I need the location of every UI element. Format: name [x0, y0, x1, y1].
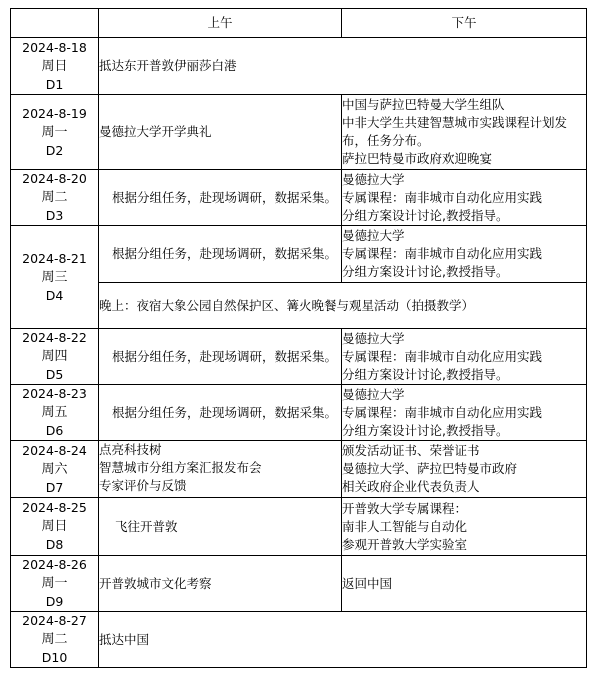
weekday: 周五 — [11, 403, 98, 422]
activity-line: 专属课程：南非城市自动化应用实践 — [342, 189, 586, 207]
activity-line: 专家评价与反馈 — [99, 477, 341, 495]
weekday: 周一 — [11, 574, 98, 593]
header-date — [11, 9, 99, 38]
morning-activity: 根据分组任务，赴现场调研，数据采集。 — [99, 170, 342, 226]
day-number: D1 — [11, 76, 98, 94]
activity-line: 萨拉巴特曼市政府欢迎晚宴 — [342, 150, 586, 168]
activity-line: 相关政府企业代表负责人 — [342, 478, 586, 496]
day-number: D6 — [11, 422, 98, 440]
table-row: 2024-8-23 周五 D6 根据分组任务，赴现场调研，数据采集。 曼德拉大学… — [11, 385, 587, 441]
itinerary-table: 上午 下午 2024-8-18 周日 D1 抵达东开普敦伊丽莎白港 2024-8… — [10, 8, 587, 668]
activity-line: 曼德拉大学 — [342, 227, 586, 245]
table-row: 2024-8-21 周三 D4 根据分组任务，赴现场调研，数据采集。 曼德拉大学… — [11, 226, 587, 283]
date: 2024-8-27 — [11, 612, 98, 630]
afternoon-activity: 曼德拉大学 专属课程：南非城市自动化应用实践 分组方案设计讨论,教授指导。 — [342, 226, 587, 283]
activity-line: 分组方案设计讨论,教授指导。 — [342, 366, 586, 384]
activity-line: 点亮科技树 — [99, 441, 341, 459]
activity-line: 布，任务分布。 — [342, 132, 586, 150]
table-row: 2024-8-20 周二 D3 根据分组任务，赴现场调研，数据采集。 曼德拉大学… — [11, 170, 587, 226]
date: 2024-8-22 — [11, 329, 98, 347]
afternoon-activity: 曼德拉大学 专属课程：南非城市自动化应用实践 分组方案设计讨论,教授指导。 — [342, 385, 587, 441]
date: 2024-8-18 — [11, 39, 98, 57]
date-cell: 2024-8-23 周五 D6 — [11, 385, 99, 441]
header-afternoon: 下午 — [342, 9, 587, 38]
table-row: 2024-8-27 周二 D10 抵达中国 — [11, 612, 587, 668]
day-number: D7 — [11, 479, 98, 497]
morning-activity: 曼德拉大学开学典礼 — [99, 95, 342, 170]
date-cell: 2024-8-25 周日 D8 — [11, 498, 99, 556]
date: 2024-8-19 — [11, 105, 98, 123]
date-cell: 2024-8-22 周四 D5 — [11, 329, 99, 385]
header-row: 上午 下午 — [11, 9, 587, 38]
afternoon-activity: 颁发活动证书、荣誉证书 曼德拉大学、萨拉巴特曼市政府 相关政府企业代表负责人 — [342, 441, 587, 498]
day-number: D10 — [11, 649, 98, 667]
date: 2024-8-26 — [11, 556, 98, 574]
morning-activity: 根据分组任务，赴现场调研，数据采集。 — [99, 226, 342, 283]
afternoon-activity: 曼德拉大学 专属课程：南非城市自动化应用实践 分组方案设计讨论,教授指导。 — [342, 170, 587, 226]
activity-line: 分组方案设计讨论,教授指导。 — [342, 207, 586, 225]
date: 2024-8-21 — [11, 250, 98, 268]
afternoon-activity: 返回中国 — [342, 556, 587, 612]
morning-activity: 根据分组任务，赴现场调研，数据采集。 — [99, 385, 342, 441]
activity-line: 曼德拉大学、萨拉巴特曼市政府 — [342, 460, 586, 478]
activity-line: 中非大学生共建智慧城市实践课程计划发 — [342, 114, 586, 132]
weekday: 周日 — [11, 517, 98, 536]
weekday: 周二 — [11, 188, 98, 207]
date-cell: 2024-8-27 周二 D10 — [11, 612, 99, 668]
table-row: 2024-8-25 周日 D8 飞往开普敦 开普敦大学专属课程： 南非人工智能与… — [11, 498, 587, 556]
activity-line: 分组方案设计讨论,教授指导。 — [342, 263, 586, 281]
afternoon-activity: 曼德拉大学 专属课程：南非城市自动化应用实践 分组方案设计讨论,教授指导。 — [342, 329, 587, 385]
morning-activity: 根据分组任务，赴现场调研，数据采集。 — [99, 329, 342, 385]
morning-activity: 开普敦城市文化考察 — [99, 556, 342, 612]
morning-activity: 飞往开普敦 — [99, 498, 342, 556]
day-number: D9 — [11, 593, 98, 611]
weekday: 周三 — [11, 268, 98, 287]
activity-line: 专属课程：南非城市自动化应用实践 — [342, 404, 586, 422]
afternoon-activity: 中国与萨拉巴特曼大学生组队 中非大学生共建智慧城市实践课程计划发 布，任务分布。… — [342, 95, 587, 170]
date: 2024-8-20 — [11, 170, 98, 188]
weekday: 周四 — [11, 347, 98, 366]
date-cell: 2024-8-19 周一 D2 — [11, 95, 99, 170]
activity-line: 开普敦大学专属课程： — [342, 500, 586, 518]
afternoon-activity: 开普敦大学专属课程： 南非人工智能与自动化 参观开普敦大学实验室 — [342, 498, 587, 556]
activity-line: 中国与萨拉巴特曼大学生组队 — [342, 96, 586, 114]
date-cell: 2024-8-21 周三 D4 — [11, 226, 99, 329]
activity-line: 曼德拉大学 — [342, 330, 586, 348]
activity-line: 专属课程：南非城市自动化应用实践 — [342, 245, 586, 263]
day-number: D5 — [11, 366, 98, 384]
weekday: 周二 — [11, 630, 98, 649]
date: 2024-8-23 — [11, 385, 98, 403]
activity-line: 智慧城市分组方案汇报发布会 — [99, 459, 341, 477]
day-number: D4 — [11, 287, 98, 305]
table-row: 2024-8-19 周一 D2 曼德拉大学开学典礼 中国与萨拉巴特曼大学生组队 … — [11, 95, 587, 170]
full-day-activity: 抵达东开普敦伊丽莎白港 — [99, 38, 587, 95]
date-cell: 2024-8-18 周日 D1 — [11, 38, 99, 95]
header-morning: 上午 — [99, 9, 342, 38]
table-row: 2024-8-18 周日 D1 抵达东开普敦伊丽莎白港 — [11, 38, 587, 95]
activity-line: 颁发活动证书、荣誉证书 — [342, 442, 586, 460]
date: 2024-8-24 — [11, 442, 98, 460]
activity-line: 曼德拉大学 — [342, 386, 586, 404]
table-row: 2024-8-24 周六 D7 点亮科技树 智慧城市分组方案汇报发布会 专家评价… — [11, 441, 587, 498]
weekday: 周一 — [11, 123, 98, 142]
activity-line: 分组方案设计讨论,教授指导。 — [342, 422, 586, 440]
date-cell: 2024-8-24 周六 D7 — [11, 441, 99, 498]
activity-line: 南非人工智能与自动化 — [342, 518, 586, 536]
full-day-activity: 抵达中国 — [99, 612, 587, 668]
morning-activity: 点亮科技树 智慧城市分组方案汇报发布会 专家评价与反馈 — [99, 441, 342, 498]
day-number: D8 — [11, 536, 98, 554]
weekday: 周日 — [11, 57, 98, 76]
activity-line: 曼德拉大学 — [342, 171, 586, 189]
date-cell: 2024-8-20 周二 D3 — [11, 170, 99, 226]
table-row: 2024-8-22 周四 D5 根据分组任务，赴现场调研，数据采集。 曼德拉大学… — [11, 329, 587, 385]
day-number: D2 — [11, 142, 98, 160]
evening-activity: 晚上：夜宿大象公园自然保护区、篝火晚餐与观星活动（拍摄教学） — [99, 283, 587, 329]
date-cell: 2024-8-26 周一 D9 — [11, 556, 99, 612]
activity-line: 专属课程：南非城市自动化应用实践 — [342, 348, 586, 366]
date: 2024-8-25 — [11, 499, 98, 517]
weekday: 周六 — [11, 460, 98, 479]
day-number: D3 — [11, 207, 98, 225]
activity-line: 参观开普敦大学实验室 — [342, 536, 586, 554]
table-row: 2024-8-26 周一 D9 开普敦城市文化考察 返回中国 — [11, 556, 587, 612]
